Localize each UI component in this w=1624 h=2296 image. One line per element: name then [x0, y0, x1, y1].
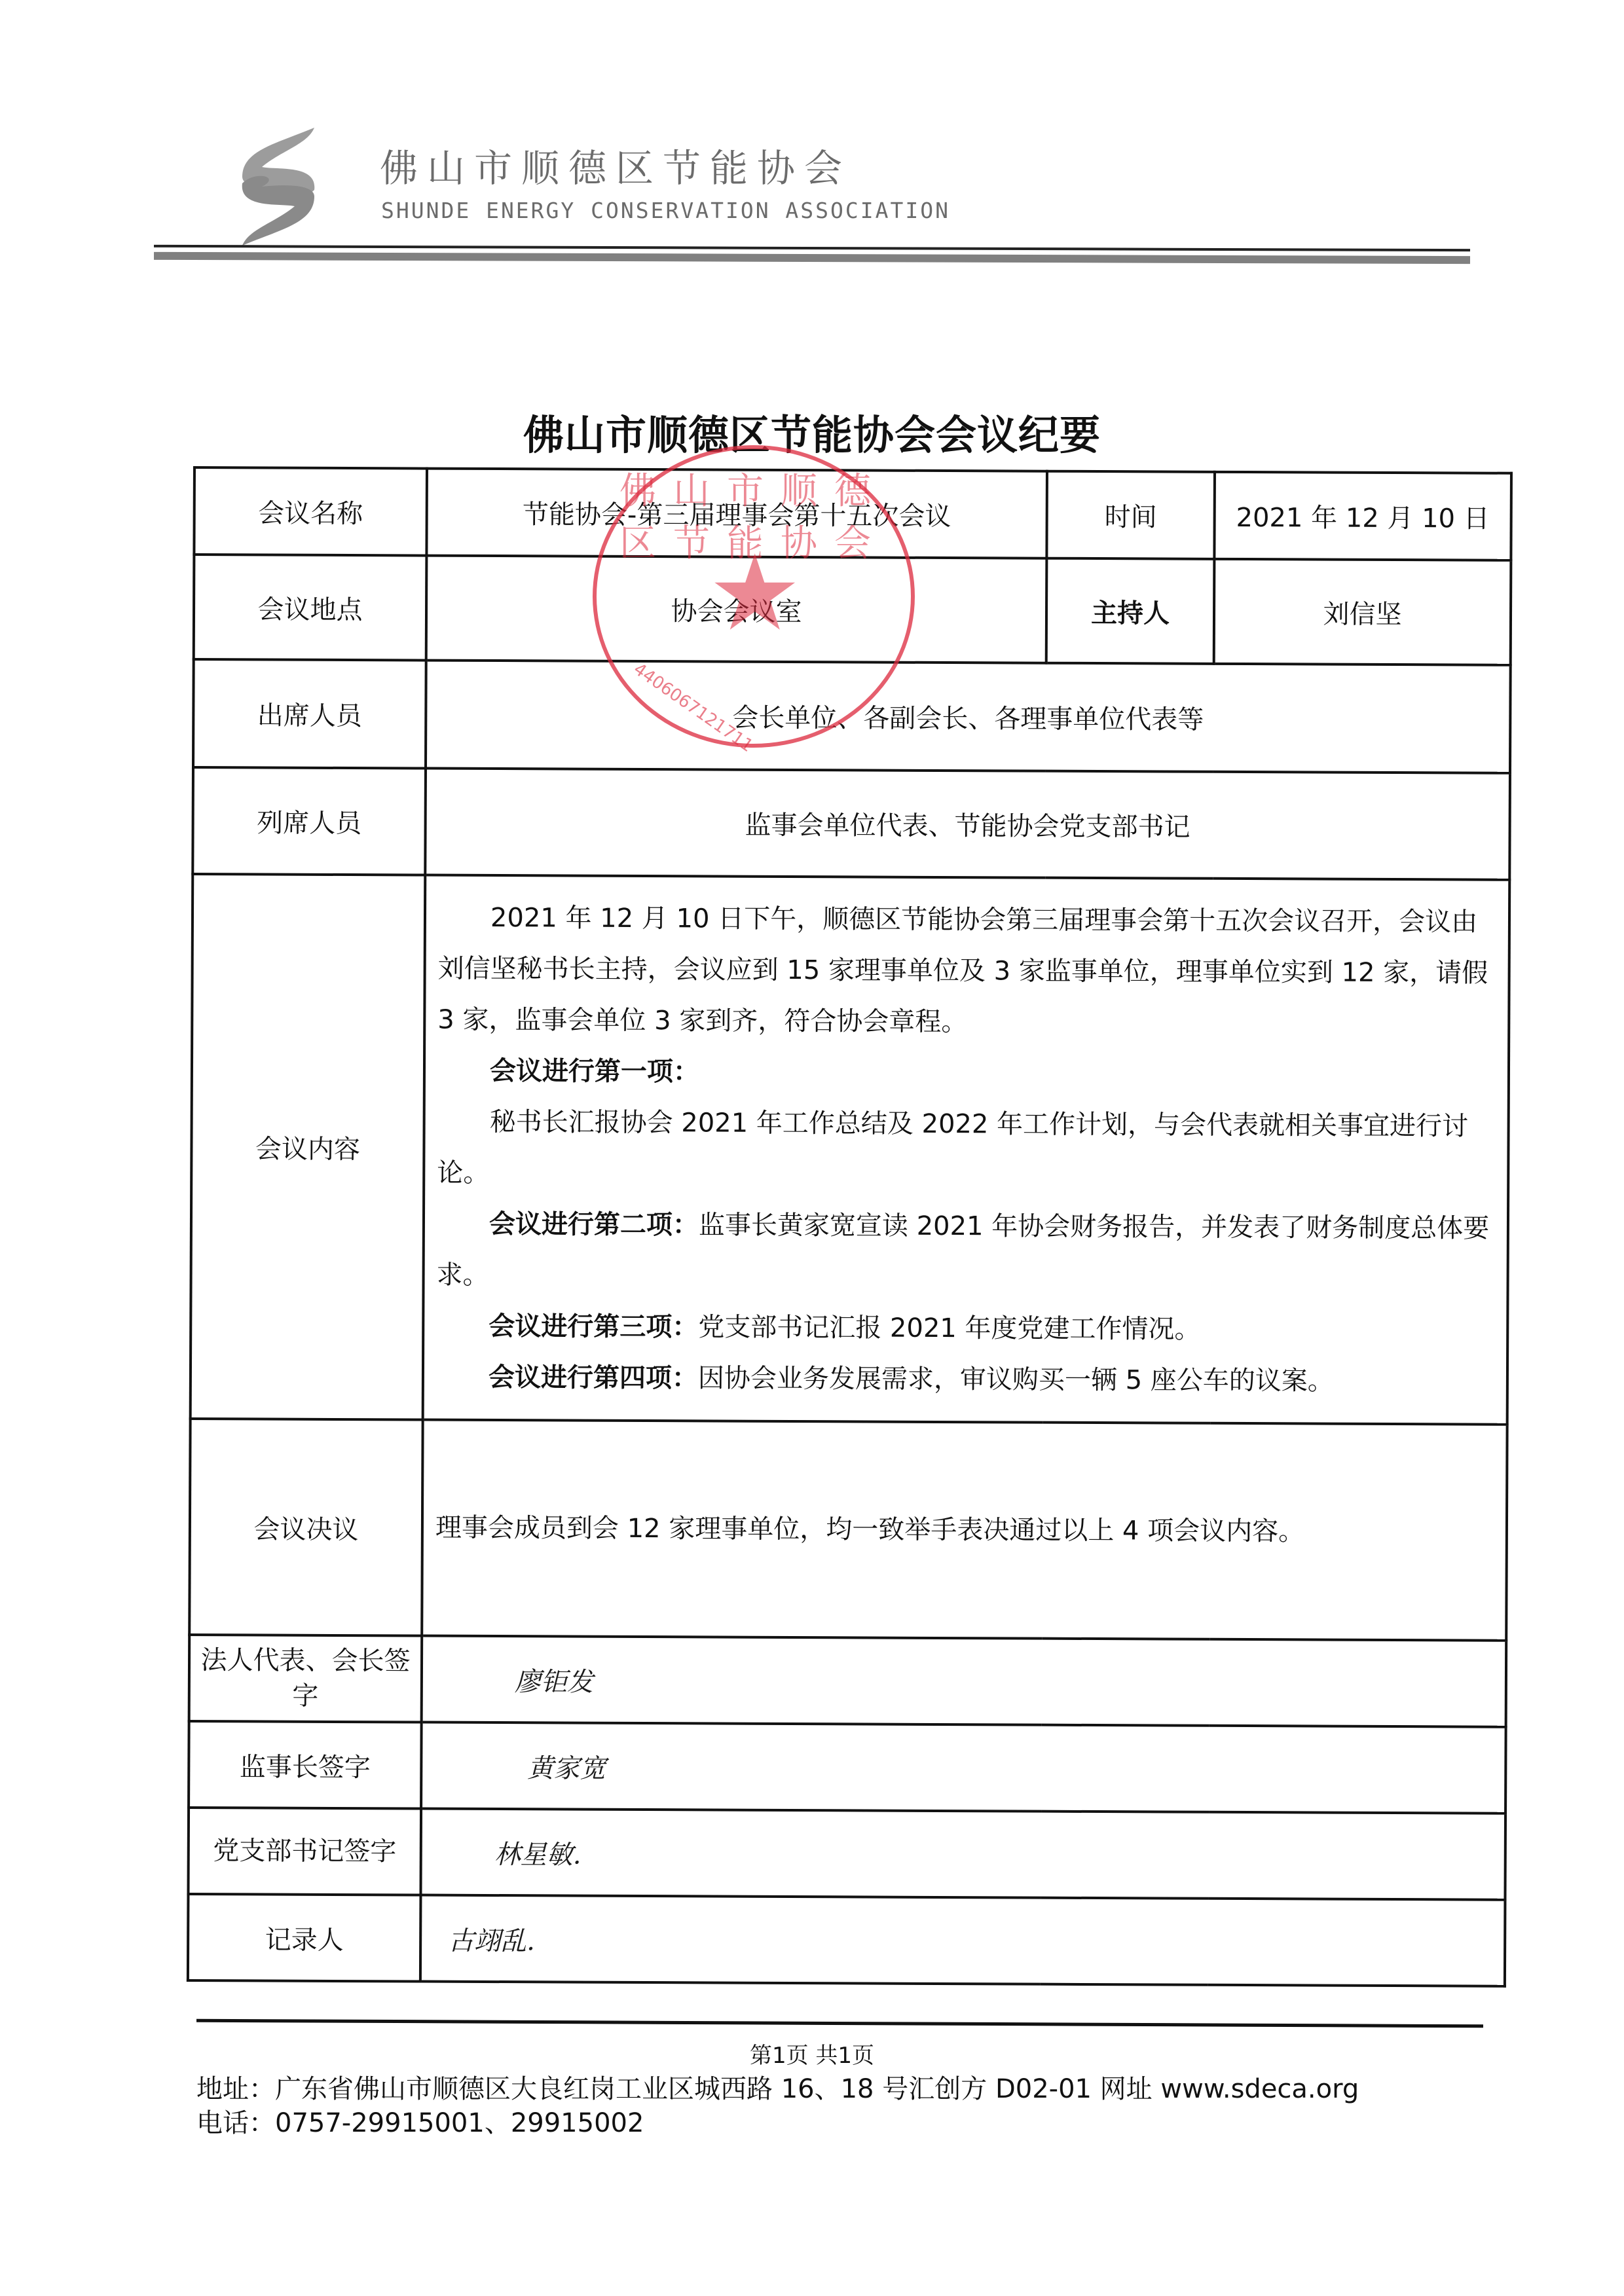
signature-president: 廖钜发: [422, 1636, 1507, 1727]
signature-party-secretary: 林星敏.: [420, 1809, 1505, 1900]
signature-supervisor-label: 监事长签字: [189, 1721, 422, 1809]
time-value: 2021 年 12 月 10 日: [1214, 472, 1511, 560]
row-resolution: 会议决议 理事会成员到会 12 家理事单位，均一致举手表决通过以上 4 项会议内…: [189, 1419, 1507, 1641]
resolution-label: 会议决议: [189, 1419, 422, 1636]
signature-recorder: 古翊乱.: [420, 1895, 1505, 1986]
item3-text: 党支部书记汇报 2021 年度党建工作情况。: [698, 1312, 1200, 1344]
content-body: 2021 年 12 月 10 日下午，顺德区节能协会第三届理事会第十五次会议召开…: [423, 875, 1510, 1425]
footer-phone: 电话：0757-29915001、29915002: [196, 2106, 1359, 2140]
star-icon: ★: [708, 541, 802, 646]
signature-recorder-label: 记录人: [188, 1894, 421, 1982]
row-signature-recorder: 记录人 古翊乱.: [188, 1894, 1505, 1986]
row-signature-party-secretary: 党支部书记签字 林星敏.: [188, 1808, 1505, 1900]
item4-heading: 会议进行第四项：: [489, 1362, 698, 1393]
footer-address: 地址：广东省佛山市顺德区大良红岗工业区城西路 16、18 号汇创方 D02-01…: [196, 2072, 1359, 2106]
location-label: 会议地点: [194, 555, 427, 661]
document-title: 佛山市顺德区节能协会会议纪要: [0, 403, 1624, 461]
letterhead: 佛山市顺德区节能协会 SHUNDE ENERGY CONSERVATION AS…: [236, 111, 1414, 255]
content-intro: 2021 年 12 月 10 日下午，顺德区节能协会第三届理事会第十五次会议召开…: [437, 892, 1496, 1050]
time-label: 时间: [1046, 471, 1215, 559]
row-observers: 列席人员 监事会单位代表、节能协会党支部书记: [193, 767, 1510, 880]
row-content: 会议内容 2021 年 12 月 10 日下午，顺德区节能协会第三届理事会第十五…: [191, 874, 1510, 1425]
signature-president-label: 法人代表、会长签字: [189, 1635, 422, 1722]
observers-label: 列席人员: [193, 767, 426, 875]
signature-supervisor: 黄家宽: [421, 1722, 1506, 1813]
content-label: 会议内容: [191, 874, 426, 1420]
host-label: 主持人: [1046, 558, 1215, 664]
footer-contact: 地址：广东省佛山市顺德区大良红岗工业区城西路 16、18 号汇创方 D02-01…: [196, 2072, 1359, 2140]
resolution-value: 理事会成员到会 12 家理事单位，均一致举手表决通过以上 4 项会议内容。: [422, 1420, 1507, 1641]
footer-divider: [196, 2019, 1483, 2028]
page-indicator: 第1页 共1页: [0, 2037, 1624, 2069]
item1-text: 秘书长汇报协会 2021 年工作总结及 2022 年工作计划，与会代表就相关事宜…: [437, 1097, 1496, 1203]
official-seal: 佛山市顺德区节能协会 ★ 4406067121711: [593, 445, 915, 748]
row-signature-president: 法人代表、会长签字 廖钜发: [189, 1635, 1507, 1727]
item3-heading: 会议进行第三项：: [489, 1311, 698, 1342]
item4-text: 因协会业务发展需求，审议购买一辆 5 座公车的议案。: [698, 1363, 1334, 1396]
meeting-name-label: 会议名称: [194, 467, 427, 556]
item2-heading: 会议进行第二项：: [489, 1209, 699, 1240]
org-name-en: SHUNDE ENERGY CONSERVATION ASSOCIATION: [381, 198, 950, 223]
observers-value: 监事会单位代表、节能协会党支部书记: [425, 769, 1510, 880]
attendees-label: 出席人员: [193, 659, 426, 769]
signature-party-secretary-label: 党支部书记签字: [188, 1808, 421, 1895]
row-signature-supervisor: 监事长签字 黄家宽: [189, 1721, 1506, 1813]
item1-heading: 会议进行第一项：: [437, 1046, 1496, 1101]
s-ribbon-logo-icon: [236, 124, 321, 249]
attendees-value: 会长单位、各副会长、各理事单位代表等: [426, 661, 1511, 773]
host-value: 刘信坚: [1214, 559, 1511, 665]
org-name-cn: 佛山市顺德区节能协会: [380, 137, 851, 192]
